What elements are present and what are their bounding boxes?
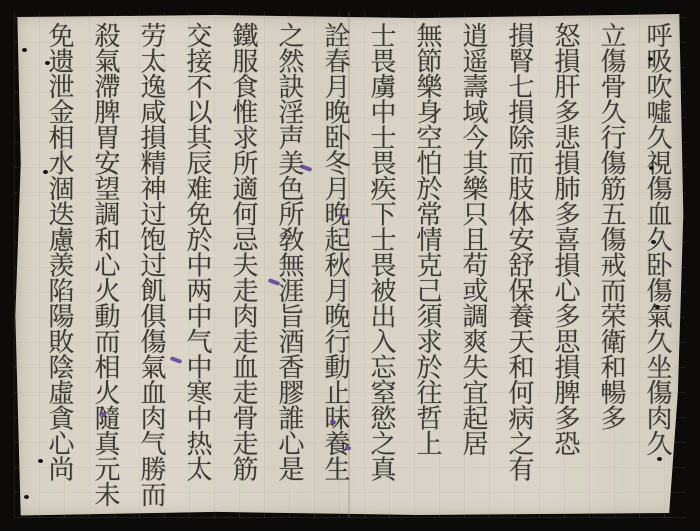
binding-hole	[24, 495, 29, 499]
binding-hole	[655, 305, 660, 309]
text-column-4: 損腎七損除而肢体安舒保養天和何病之有	[496, 22, 542, 512]
binding-hole	[38, 459, 43, 463]
text-column-6: 無節樂身空怕於常情克己須求於往哲上	[404, 22, 450, 512]
text-column-13: 殺氣滯脾胃安望調和心火動而相火隨真元未	[82, 22, 128, 512]
binding-hole	[22, 48, 27, 52]
text-column-7: 士畏虜中士畏疾下士畏被出入忘窒慾之真	[358, 22, 404, 512]
text-column-11: 交接不以其辰难免於中两中气中寒中热太	[174, 22, 220, 512]
binding-hole	[649, 166, 654, 170]
text-column-10: 鐵服食惟求所適何忌夫走肉走血走骨走筋	[220, 22, 266, 512]
text-column-1: 呼吸吹噓久視傷血久卧傷氣久坐傷肉久	[634, 22, 680, 512]
text-column-12: 劳太逸咸損精神过饱过飢俱傷氣血肉气勝而	[128, 22, 174, 512]
binding-hole	[45, 61, 50, 65]
text-column-3: 怒損肝多悲損肺多喜損心多思損脾多恐	[542, 22, 588, 512]
text-column-9: 之然訣淫声美色所敎無涯旨酒香膠誰心是	[266, 22, 312, 512]
binding-hole	[651, 240, 656, 244]
binding-hole	[648, 57, 653, 61]
text-column-14: 免遗泄金相水涸迭慮羡陷陽敗陰虛貪心尚	[36, 22, 82, 512]
binding-hole	[43, 170, 48, 174]
binding-hole	[657, 457, 662, 461]
text-column-5: 逍遥壽域今其樂只且苟或調爽失宜起居	[450, 22, 496, 512]
text-column-2: 立傷骨久行傷筋五傷戒而荣衛和暢多	[588, 22, 634, 512]
text-column-8: 詮春月晚卧冬月晚起秋月晚行動止昧養生	[312, 22, 358, 512]
text-columns: 呼吸吹噓久視傷血久卧傷氣久坐傷肉久 立傷骨久行傷筋五傷戒而荣衛和暢多 怒損肝多悲…	[36, 22, 680, 512]
